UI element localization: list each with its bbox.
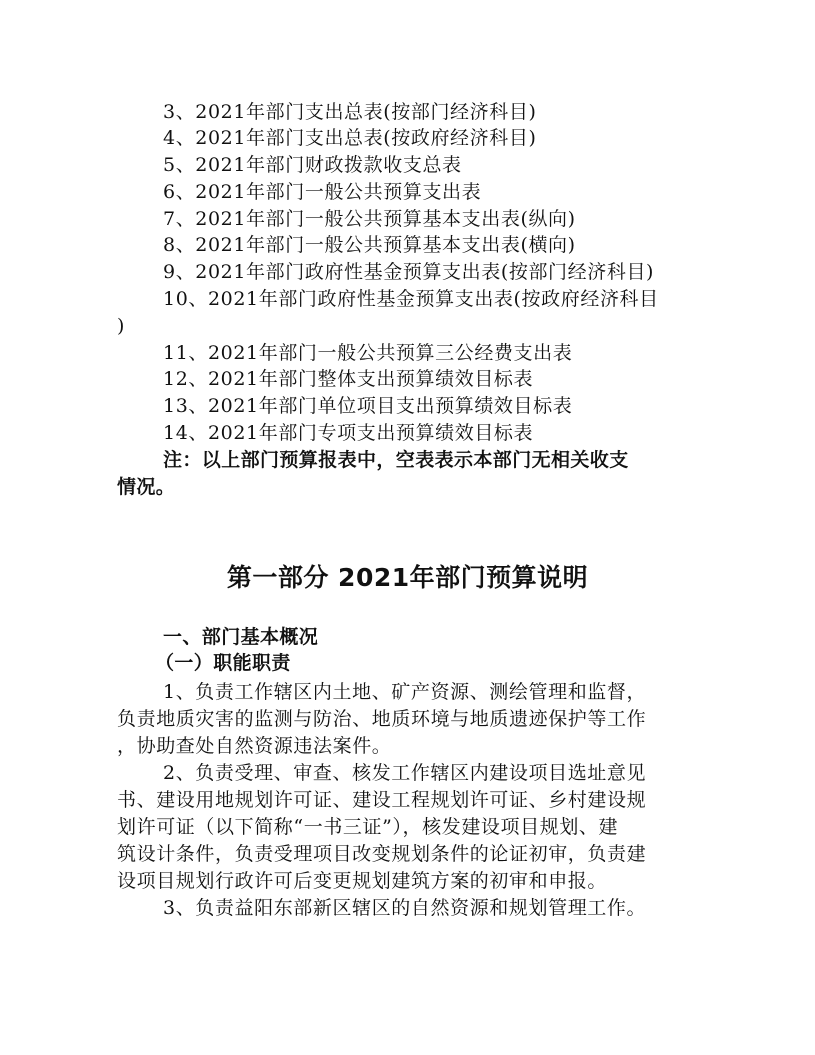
list-item: 6、2021年部门一般公共预算支出表: [163, 180, 481, 204]
list-item: 8、2021年部门一般公共预算基本支出表(横向): [163, 233, 576, 257]
paragraph-line: 书、建设用地规划许可证、建设工程规划许可证、乡村建设规: [117, 788, 646, 812]
list-item: 3、2021年部门支出总表(按部门经济科目): [163, 100, 536, 124]
list-item: 10、2021年部门政府性基金预算支出表(按政府经济科目: [163, 287, 659, 311]
heading-department-overview: 一、部门基本概况: [163, 625, 318, 649]
heading-functions-duties: （一）职能职责: [155, 651, 291, 675]
document-page: 3、2021年部门支出总表(按部门经济科目) 4、2021年部门支出总表(按政府…: [0, 0, 815, 1055]
list-item: 5、2021年部门财政拨款收支总表: [163, 153, 462, 177]
paragraph-line: 设项目规划行政许可后变更规划建筑方案的初审和申报。: [117, 869, 607, 893]
paragraph-line: ，协助查处自然资源违法案件。: [117, 734, 391, 758]
paragraph-line: 2、负责受理、审查、核发工作辖区内建设项目选址意见: [163, 761, 646, 785]
list-item: 13、2021年部门单位项目支出预算绩效目标表: [163, 394, 572, 418]
list-item: 11、2021年部门一般公共预算三公经费支出表: [163, 341, 572, 365]
list-item: 9、2021年部门政府性基金预算支出表(按部门经济科目): [163, 260, 654, 284]
list-item: 12、2021年部门整体支出预算绩效目标表: [163, 367, 533, 391]
list-item: 4、2021年部门支出总表(按政府经济科目): [163, 126, 536, 150]
paragraph-line: 筑设计条件，负责受理项目改变规划条件的论证初审，负责建: [117, 842, 646, 866]
section-title: 第一部分 2021年部门预算说明: [0, 562, 815, 594]
note-text: 注：以上部门预算报表中，空表表示本部门无相关收支: [163, 448, 629, 472]
paragraph-line: 1、负责工作辖区内土地、矿产资源、测绘管理和监督，: [163, 680, 646, 704]
list-item: 14、2021年部门专项支出预算绩效目标表: [163, 421, 533, 445]
list-item: 7、2021年部门一般公共预算基本支出表(纵向): [163, 207, 576, 231]
paragraph-line: 负责地质灾害的监测与防治、地质环境与地质遗迹保护等工作: [117, 707, 646, 731]
paragraph-line: 3、负责益阳东部新区辖区的自然资源和规划管理工作。: [163, 896, 646, 920]
note-text-continuation: 情况。: [117, 475, 175, 499]
list-item-continuation: ): [117, 314, 125, 338]
paragraph-line: 划许可证（以下简称“一书三证”），核发建设项目规划、建: [117, 815, 618, 839]
